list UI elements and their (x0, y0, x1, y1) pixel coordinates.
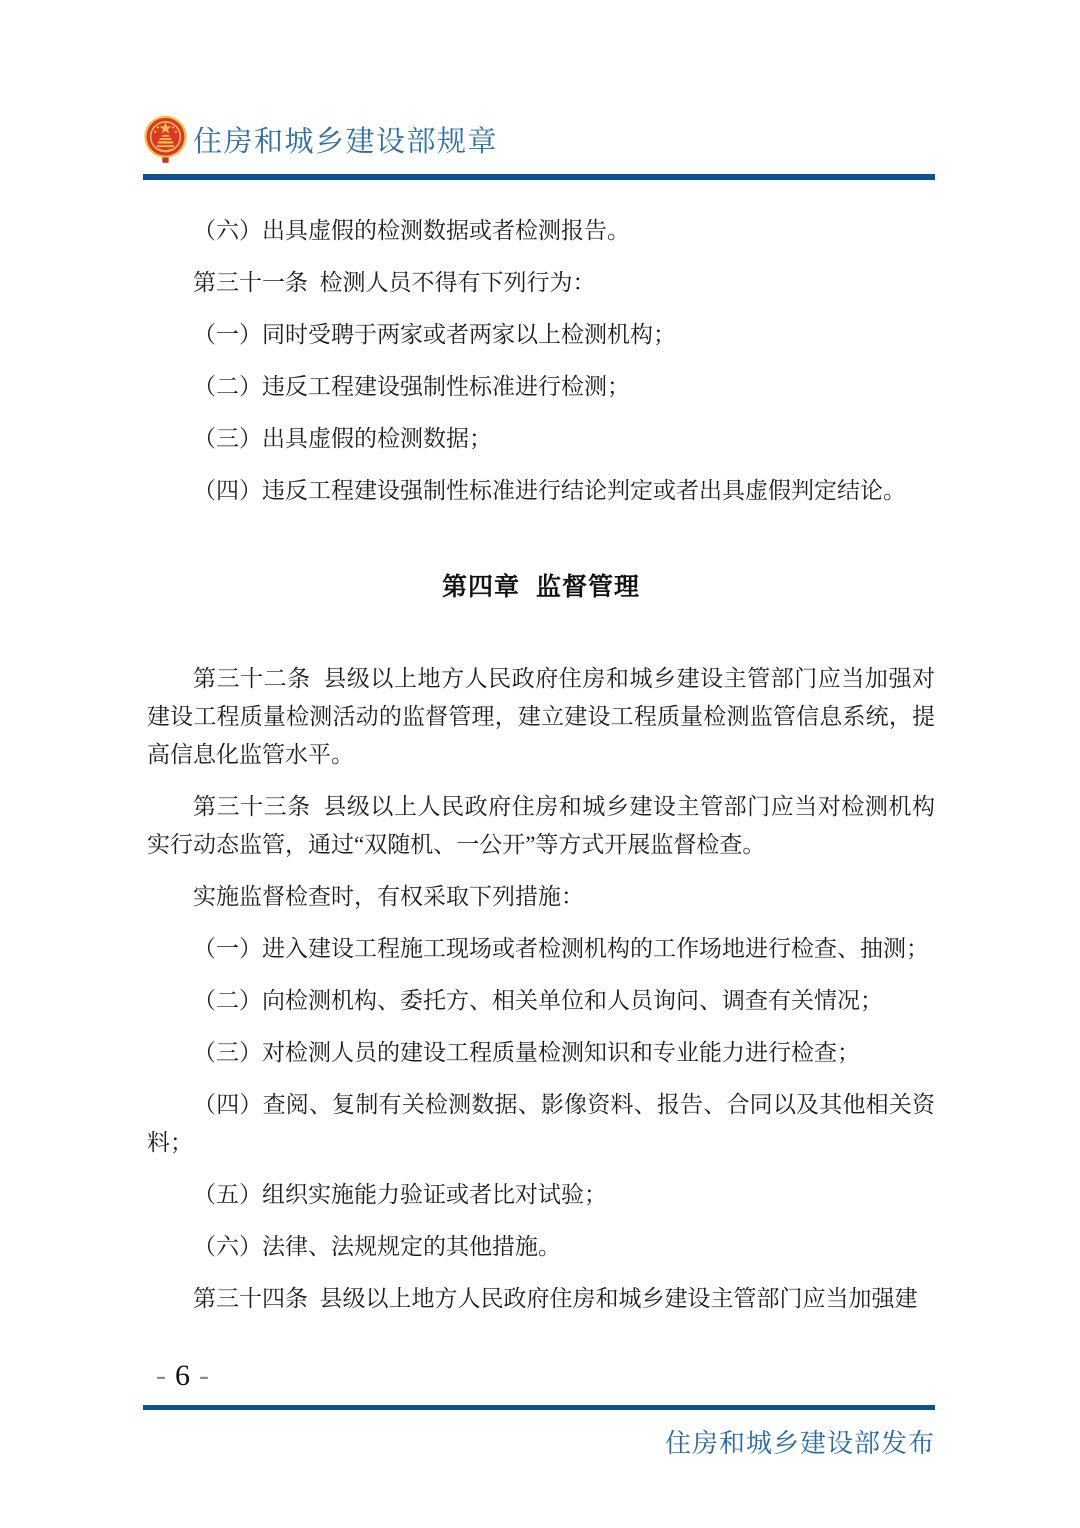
chapter-heading: 第四章 监督管理 (147, 572, 935, 602)
paragraph: （四）查阅、复制有关检测数据、影像资料、报告、合同以及其他相关资料； (147, 1086, 935, 1162)
header-rule (143, 174, 935, 180)
page-number-dash: - (190, 1359, 218, 1392)
paragraph: （二）向检测机构、委托方、相关单位和人员询问、调查有关情况； (147, 982, 935, 1020)
publisher-line: 住房和城乡建设部发布 (147, 1427, 935, 1461)
paragraph: 第三十二条 县级以上地方人民政府住房和城乡建设主管部门应当加强对建设工程质量检测… (147, 660, 935, 774)
page-number: -6- (147, 1358, 218, 1394)
national-emblem-icon (143, 115, 188, 163)
paragraph: 第三十四条 县级以上地方人民政府住房和城乡建设主管部门应当加强建 (147, 1280, 935, 1318)
paragraph: （一）进入建设工程施工现场或者检测机构的工作场地进行检查、抽测； (147, 930, 935, 968)
paragraph: （四）违反工程建设强制性标准进行结论判定或者出具虚假判定结论。 (147, 472, 935, 510)
document-page: 住房和城乡建设部规章 （六）出具虚假的检测数据或者检测报告。 第三十一条 检测人… (0, 0, 1080, 1528)
paragraph: 第三十三条 县级以上人民政府住房和城乡建设主管部门应当对检测机构实行动态监管，通… (147, 788, 935, 864)
paragraph: 第三十一条 检测人员不得有下列行为： (147, 264, 935, 302)
document-body: （六）出具虚假的检测数据或者检测报告。 第三十一条 检测人员不得有下列行为： （… (147, 212, 935, 1332)
paragraph: （三）出具虚假的检测数据； (147, 420, 935, 458)
footer-rule (143, 1405, 935, 1410)
page-number-value: 6 (175, 1359, 190, 1392)
paragraph: （五）组织实施能力验证或者比对试验； (147, 1176, 935, 1214)
paragraph: （六）出具虚假的检测数据或者检测报告。 (147, 212, 935, 250)
document-category-title: 住房和城乡建设部规章 (193, 123, 498, 161)
paragraph: （二）违反工程建设强制性标准进行检测； (147, 368, 935, 406)
paragraph: （六）法律、法规规定的其他措施。 (147, 1228, 935, 1266)
paragraph: （一）同时受聘于两家或者两家以上检测机构； (147, 316, 935, 354)
paragraph: （三）对检测人员的建设工程质量检测知识和专业能力进行检查； (147, 1034, 935, 1072)
page-number-dash: - (147, 1359, 175, 1392)
paragraph: 实施监督检查时，有权采取下列措施： (147, 878, 935, 916)
